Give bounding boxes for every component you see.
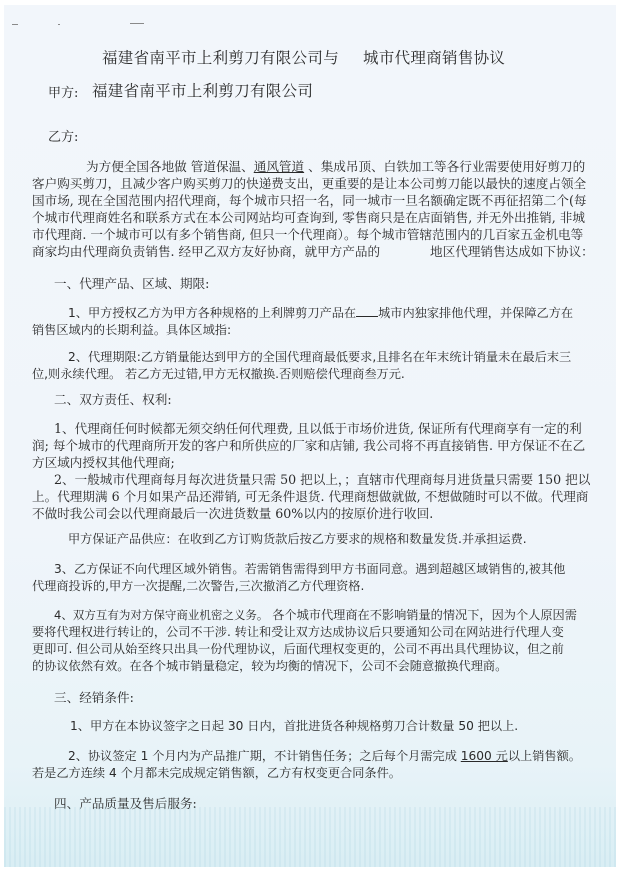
intro-text: 地区代理销售达成如下协议： [430,244,594,259]
item-text: 各个城市代理商在不影响销量的情况下，因为个人原因需 [268,608,577,622]
city-blank-field[interactable] [356,305,378,317]
section-2-item-1-cont: 方区域内授权其他代理商; [32,454,175,471]
section-2-item-2: 2、一般城市代理商每月每次进货量只需 50 把以上，；直辖市代理商每月进货量只需… [54,471,590,488]
scan-noise [12,24,18,25]
section-2-item-2-cont: 不做时我公司会以代理商最后一次进货数量 60%以内的按原价进行收回. [32,505,433,522]
scan-noise [58,24,60,25]
title-company: 福建省南平市上利剪刀有限公司与 [102,49,339,67]
section-1-item-1: 1、甲方授权乙方为甲方各种规格的上利牌剪刀产品在城市内独家排他代理，并保障乙方在 [68,305,573,322]
section-1-item-1-cont: 销售区域内的长期利益。具体区域指: [32,322,231,339]
intro-line-4: 个城市代理商姓名和联系方式在本公司网站均可查询到, 零售商只是在店面销售, 并无… [32,209,585,226]
section-2-heading: 二、双方责任、权利: [54,391,172,408]
item-text: 1、甲方授权乙方为甲方各种规格的上利牌剪刀产品在 [68,306,356,320]
item-text: 4、双方互有为对方保守商业机密之义务。 [54,608,268,622]
section-2-item-3: 3、乙方保证不向代理区域外销售。若需销售需得到甲方书面同意。遇到超越区域销售的,… [54,561,565,578]
section-3-item-1: 1、甲方在本协议签字之日起 30 日内，首批进货各种规格剪刀合计数量 50 把以… [70,718,518,735]
sales-amount: 1600 元 [461,749,508,763]
section-2-item-1: 1、代理商任何时候都无须交纳任何代理费, 且以低于市场价进货, 保证所有代理商享… [54,420,582,437]
section-3-heading: 三、经销条件: [54,689,134,706]
item-text: 2、协议签定 1 个月内为产品推广期，不计销售任务；之后每个月需完成 [68,749,461,763]
intro-line-2: 客户购买剪刀，且减少客户购买剪刀的快递费支出，更重要的是让本公司剪刀能以最快的速… [32,175,586,192]
intro-text: 、集成吊顶、白铁加工等各行业需要使用好剪刀的 [304,159,585,174]
intro-line-6: 商家均由代理商负责销售. 经甲乙双方友好协商，就甲方产品的地区代理销售达成如下协… [32,243,594,260]
section-2-item-4-cont: 的协议依然有效。在各个城市销量稳定，较为均衡的情况下，公司不会随意撤换代理商。 [32,658,507,675]
title-agreement: 城市代理商销售协议 [363,49,505,67]
section-3-item-2-cont: 若是乙方连续 4 个月都未完成规定销售额，乙方有权变更合同条件。 [32,765,401,782]
document-title: 福建省南平市上利剪刀有限公司与城市代理商销售协议 [102,46,505,68]
section-1-item-2-cont: 位,则永续代理。 若乙方无过错,甲方无权撤换.否则赔偿代理商叁万元. [32,366,405,383]
section-1-item-2: 2、代理期限:乙方销量能达到甲方的全国代理商最低要求,且排名在年末统计销量未在最… [68,349,571,366]
section-2-item-1-cont: 润; 每个城市的代理商所开发的客户和所供应的厂家和店铺, 我公司将不再直接销售.… [32,437,585,454]
scanned-contract-page: 福建省南平市上利剪刀有限公司与城市代理商销售协议 甲方: 福建省南平市上利剪刀有… [4,5,616,867]
intro-line-3: 国市场, 现在全国范围内招代理商，每个城市只招一名，同一城市一旦名额确定既不再征… [32,192,586,209]
section-2-item-4-cont: 要将代理权进行转让的，公司不干涉. 转让和受让双方达成协议后只要通知公司在网站进… [32,624,564,641]
item-text: 以上销售额。 [508,749,581,763]
intro-text: 为方便全国各地做 管道保温、 [86,159,254,174]
scan-noise [130,23,144,24]
section-2-item-4: 4、双方互有为对方保守商业机密之义务。 各个城市代理商在不影响销量的情况下，因为… [54,607,577,624]
ventilation-duct-link[interactable]: 通风管道 [254,159,304,174]
party-a-label: 甲方: [48,82,78,101]
party-b-label: 乙方: [48,126,78,145]
section-1-heading: 一、代理产品、区域、期限: [54,275,209,292]
intro-line-1: 为方便全国各地做 管道保温、通风管道 、集成吊顶、白铁加工等各行业需要使用好剪刀… [86,158,585,175]
section-2-item-2-cont: 上。代理期满 6 个月如果产品还滞销, 可无条件退货. 代理商想做就做, 不想做… [32,488,588,505]
section-2-item-3-cont: 代理商投诉的,甲方一次提醒,二次警告,三次撤消乙方代理资格. [32,578,364,595]
intro-text: 商家均由代理商负责销售. 经甲乙双方友好协商，就甲方产品的 [32,244,380,259]
section-2-item-4-cont: 更即可. 但公司从始至终只出具一份代理协议，后面代理权变更的，公司不再出具代理协… [32,641,564,658]
party-a-value: 福建省南平市上利剪刀有限公司 [92,79,313,101]
section-4-heading: 四、产品质量及售后服务: [54,795,197,812]
section-2-supply-guarantee: 甲方保证产品供应：在收到乙方订购货款后按乙方要求的规格和数量发货.并承担运费. [68,531,527,548]
section-3-item-2: 2、协议签定 1 个月内为产品推广期，不计销售任务；之后每个月需完成 1600 … [68,748,581,765]
intro-line-5: 市代理商. 一个城市可以有多个销售商, 但只一个代理商）。每个城市管辖范围内的几… [32,226,583,243]
item-text: 城市内独家排他代理，并保障乙方在 [378,306,573,320]
